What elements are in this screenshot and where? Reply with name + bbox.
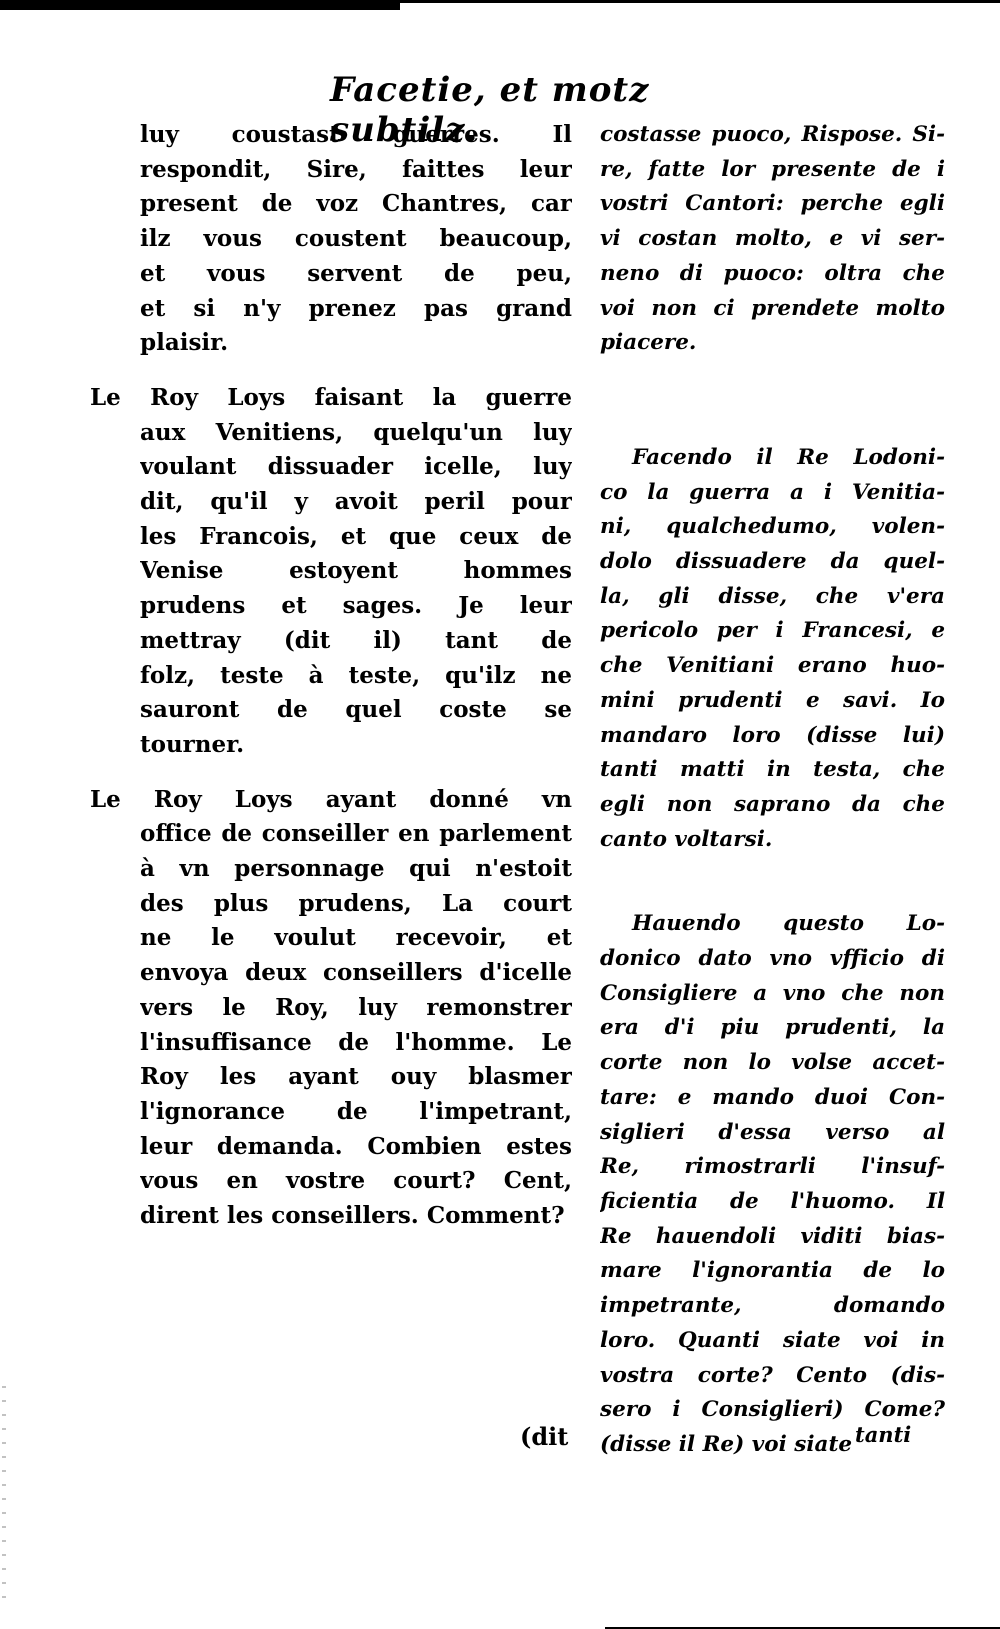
- text-line: Hauendo questo Lo-: [600, 907, 945, 942]
- catchword-french: (dit: [520, 1422, 568, 1451]
- text-line: neno di puoco: oltra che: [600, 257, 945, 292]
- text-line: dolo dissuadere da quel-: [600, 545, 945, 580]
- french-paragraph: Le Roy Loys faisant la guerreaux Venitie…: [140, 381, 572, 763]
- text-line: à vn personnage qui n'estoit: [140, 852, 572, 887]
- text-line: canto voltarsi.: [600, 823, 945, 858]
- text-line: vous en vostre court? Cent,: [140, 1164, 572, 1199]
- text-line: costasse puoco, Rispose. Si-: [600, 118, 945, 153]
- text-line: re, fatte lor presente de i: [600, 153, 945, 188]
- text-line: Venise estoyent hommes: [140, 554, 572, 589]
- text-line: envoya deux conseillers d'icelle: [140, 956, 572, 991]
- text-line: vostri Cantori: perche egli: [600, 187, 945, 222]
- text-line: vostra corte? Cento (dis-: [600, 1359, 945, 1394]
- catchword-italian: tanti: [855, 1422, 911, 1447]
- text-line: present de voz Chantres, car: [140, 187, 572, 222]
- text-line: Re, rimostrarli l'insuf-: [600, 1150, 945, 1185]
- text-line: folz, teste à teste, qu'ilz ne: [140, 659, 572, 694]
- text-line: voulant dissuader icelle, luy: [140, 450, 572, 485]
- text-line: sauront de quel coste se: [140, 693, 572, 728]
- text-line: loro. Quanti siate voi in: [600, 1324, 945, 1359]
- text-line: siglieri d'essa verso al: [600, 1116, 945, 1151]
- text-line: et si n'y prenez pas grand: [140, 292, 572, 327]
- text-line: l'insuffisance de l'homme. Le: [140, 1026, 572, 1061]
- text-line: respondit, Sire, faittes leur: [140, 153, 572, 188]
- text-line: l'ignorance de l'impetrant,: [140, 1095, 572, 1130]
- text-line: et vous servent de peu,: [140, 257, 572, 292]
- text-line: dit, qu'il y avoit peril pour: [140, 485, 572, 520]
- text-line: piacere.: [600, 326, 945, 361]
- italian-paragraph: Hauendo questo Lo-donico dato vno vffici…: [600, 907, 945, 1462]
- text-line: che Venitiani erano huo-: [600, 649, 945, 684]
- text-line: ni, qualchedumo, volen-: [600, 510, 945, 545]
- text-line: corte non lo volse accet-: [600, 1046, 945, 1081]
- text-line: Consigliere a vno che non: [600, 977, 945, 1012]
- text-line: impetrante, domando: [600, 1289, 945, 1324]
- italian-paragraph: Facendo il Re Lodoni-co la guerra a i Ve…: [600, 441, 945, 857]
- text-line: Le Roy Loys faisant la guerre: [90, 381, 572, 416]
- text-line: leur demanda. Combien estes: [140, 1130, 572, 1165]
- text-line: plaisir.: [140, 326, 572, 361]
- text-line: ilz vous coustent beaucoup,: [140, 222, 572, 257]
- text-line: mare l'ignorantia de lo: [600, 1254, 945, 1289]
- scan-border-top: [0, 0, 400, 10]
- text-line: co la guerra a i Venitia-: [600, 476, 945, 511]
- text-line: la, gli disse, che v'era: [600, 580, 945, 615]
- text-line: les Francois, et que ceux de: [140, 520, 572, 555]
- text-line: era d'i piu prudenti, la: [600, 1011, 945, 1046]
- french-paragraph: Le Roy Loys ayant donné vnoffice de cons…: [140, 783, 572, 1234]
- text-line: tare: e mando duoi Con-: [600, 1081, 945, 1116]
- french-column: luy coustast guerres. Ilrespondit, Sire,…: [140, 118, 572, 1234]
- text-line: vi costan molto, e vi ser-: [600, 222, 945, 257]
- text-line: prudens et sages. Je leur: [140, 589, 572, 624]
- text-line: mandaro loro (disse lui): [600, 719, 945, 754]
- text-line: ficientia de l'huomo. Il: [600, 1185, 945, 1220]
- text-line: Roy les ayant ouy blasmer: [140, 1060, 572, 1095]
- text-line: tanti matti in testa, che: [600, 753, 945, 788]
- text-line: Le Roy Loys ayant donné vn: [90, 783, 572, 818]
- text-line: office de conseiller en parlement: [140, 817, 572, 852]
- text-line: tourner.: [140, 728, 572, 763]
- text-line: Re hauendoli viditi bias-: [600, 1220, 945, 1255]
- italian-column: costasse puoco, Rispose. Si-re, fatte lo…: [600, 118, 945, 1463]
- text-line: voi non ci prendete molto: [600, 292, 945, 327]
- french-paragraph: luy coustast guerres. Ilrespondit, Sire,…: [140, 118, 572, 361]
- text-line: mini prudenti e savi. Io: [600, 684, 945, 719]
- text-line: ne le voulut recevoir, et: [140, 921, 572, 956]
- text-line: pericolo per i Francesi, e: [600, 614, 945, 649]
- text-line: mettray (dit il) tant de: [140, 624, 572, 659]
- text-line: donico dato vno vfficio di: [600, 942, 945, 977]
- text-line: egli non saprano da che: [600, 788, 945, 823]
- scan-margin-noise: [2, 1380, 6, 1600]
- text-line: vers le Roy, luy remonstrer: [140, 991, 572, 1026]
- scan-border-top-thin: [400, 0, 1000, 3]
- text-line: dirent les conseillers. Comment?: [140, 1199, 572, 1234]
- text-line: Facendo il Re Lodoni-: [600, 441, 945, 476]
- text-line: aux Venitiens, quelqu'un luy: [140, 416, 572, 451]
- text-line: des plus prudens, La court: [140, 887, 572, 922]
- text-line: luy coustast guerres. Il: [140, 118, 572, 153]
- italian-paragraph: costasse puoco, Rispose. Si-re, fatte lo…: [600, 118, 945, 361]
